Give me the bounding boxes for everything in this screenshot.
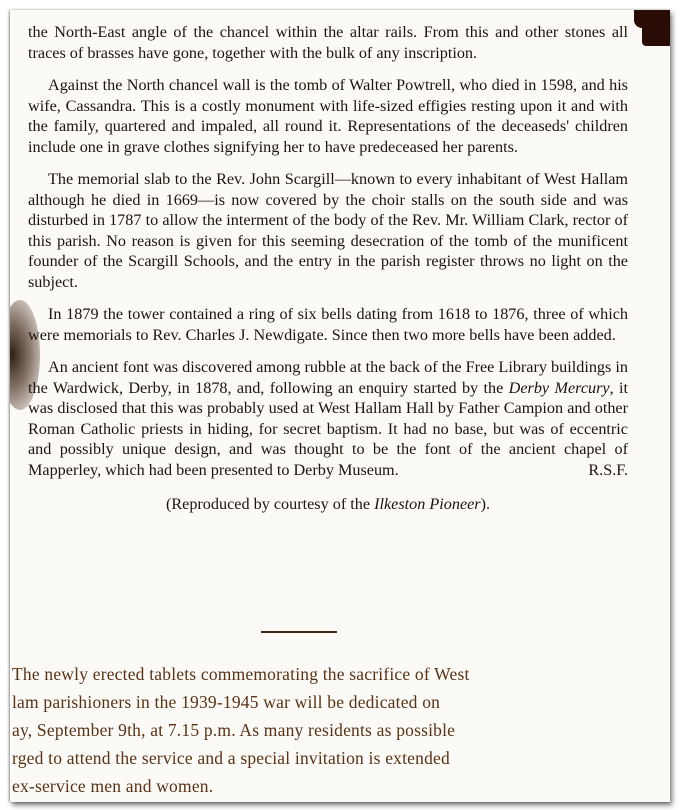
credit-publication: Ilkeston Pioneer (374, 495, 481, 513)
section-divider (261, 631, 337, 633)
announcement-line-4: rged to attend the service and a special… (12, 744, 624, 772)
paragraph-powtrell-tomb: Against the North chancel wall is the to… (28, 75, 628, 157)
newspaper-clipping: the North-East angle of the chancel with… (10, 10, 670, 802)
newspaper-name-derby-mercury: Derby Mercury (509, 379, 610, 397)
author-signature: R.S.F. (568, 460, 628, 481)
paragraph-ancient-font: An ancient font was discovered among rub… (28, 357, 628, 480)
paragraph-bells: In 1879 the tower contained a ring of si… (28, 304, 628, 345)
credit-prefix: (Reproduced by courtesy of the (166, 495, 374, 513)
announcement-paragraph: The newly erected tablets commemorating … (12, 660, 624, 800)
announcement-line-3: ay, September 9th, at 7.15 p.m. As many … (12, 716, 624, 744)
dark-corner-mark (642, 10, 670, 46)
paragraph-scargill-slab: The memorial slab to the Rev. John Scarg… (28, 169, 628, 292)
announcement-line-2: lam parishioners in the 1939-1945 war wi… (12, 688, 624, 716)
announcement-line-5: ex-service men and women. (12, 772, 624, 800)
article-body: the North-East angle of the chancel with… (28, 22, 628, 515)
announcement-line-1: The newly erected tablets commemorating … (12, 660, 624, 688)
paragraph-brasses: the North-East angle of the chancel with… (28, 22, 628, 63)
credit-suffix: ). (481, 495, 490, 513)
reproduction-credit: (Reproduced by courtesy of the Ilkeston … (28, 494, 628, 515)
